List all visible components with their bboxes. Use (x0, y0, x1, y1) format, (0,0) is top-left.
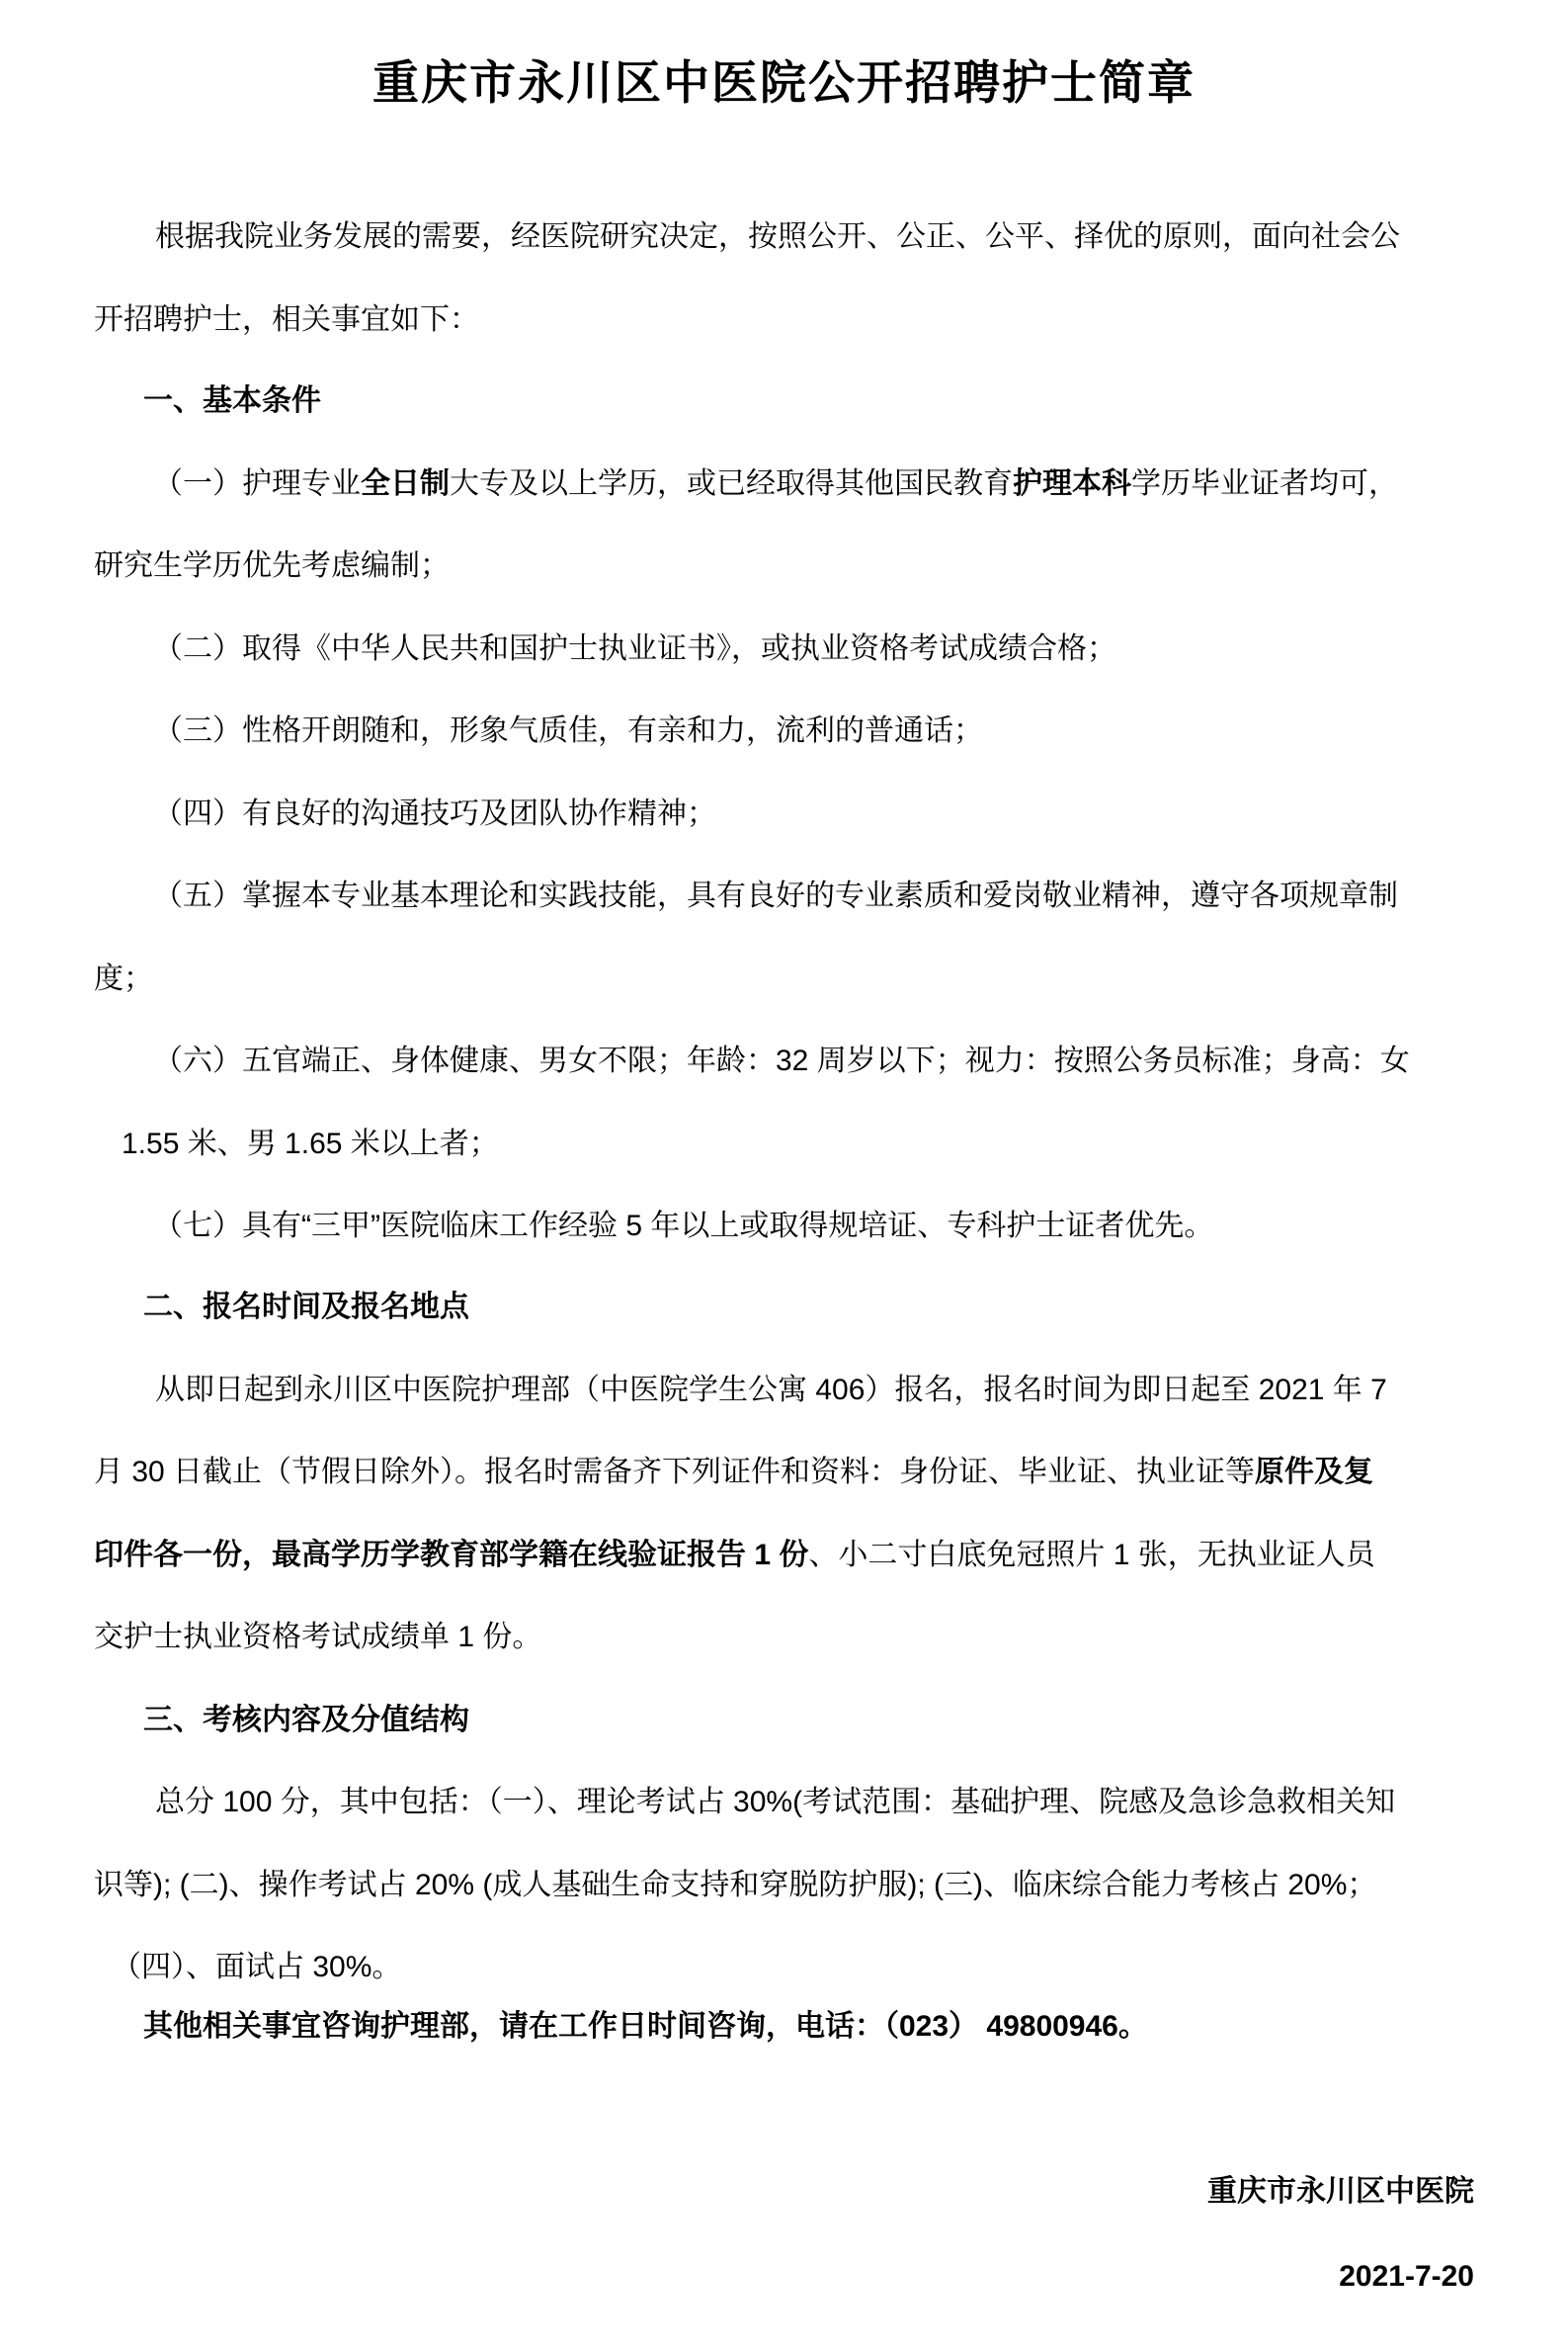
section-2-line-3-text: 、小二寸白底免冠照片 1 张，无执业证人员 (808, 1539, 1374, 1571)
section-2-line-3: 印件各一份，最高学历学教育部学籍在线验证报告 1 份、小二寸白底免冠照片 1 张… (94, 1538, 1474, 1573)
contact-line: 其他相关事宜咨询护理部，请在工作日时间咨询，电话：（023） 49800946。 (94, 2009, 1474, 2045)
item-1-post: 学历毕业证者均可， (1131, 467, 1398, 500)
item-3: （三）性格开朗随和，形象气质佳，有亲和力，流利的普通话； (94, 713, 1474, 749)
item-6-line-1: （六）五官端正、身体健康、男女不限；年龄：32 周岁以下；视力：按照公务员标准；… (94, 1044, 1474, 1079)
item-7: （七）具有“三甲”医院临床工作经验 5 年以上或取得规培证、专科护士证者优先。 (94, 1209, 1474, 1244)
signature-date: 2021-7-20 (94, 2259, 1474, 2295)
item-1-bold-nursing-degree: 护理本科 (1013, 467, 1131, 500)
item-5-line-1: （五）掌握本专业基本理论和实践技能，具有良好的专业素质和爱岗敬业精神，遵守各项规… (94, 879, 1474, 914)
signature-hospital-name: 重庆市永川区中医院 (94, 2174, 1474, 2210)
section-2-line-2: 月 30 日截止（节假日除外）。报名时需备齐下列证件和资料：身份证、毕业证、执业… (94, 1455, 1474, 1490)
section-2-line-4: 交护士执业资格考试成绩单 1 份。 (94, 1620, 1474, 1655)
section-2-heading: 二、报名时间及报名地点 (94, 1290, 1474, 1325)
item-1-mid: 大专及以上学历，或已经取得其他国民教育 (450, 467, 1013, 500)
item-4: （四）有良好的沟通技巧及团队协作精神； (94, 797, 1474, 832)
section-3-line-3: （四）、面试占 30%。 (94, 1950, 1474, 1985)
section-2-line-2-text: 月 30 日截止（节假日除外）。报名时需备齐下列证件和资料：身份证、毕业证、执业… (94, 1456, 1255, 1488)
intro-line-2: 开招聘护士，相关事宜如下： (94, 302, 1474, 338)
section-3-line-2: 识等); (二)、操作考试占 20% (成人基础生命支持和穿脱防护服); (三)… (94, 1868, 1474, 1903)
document-page: 重庆市永川区中医院公开招聘护士简章 根据我院业务发展的需要，经医院研究决定，按照… (0, 0, 1568, 2348)
item-1-line-2: 研究生学历优先考虑编制； (94, 548, 1474, 584)
section-2-line-2-bold-originals: 原件及复 (1255, 1456, 1373, 1488)
intro-line-1: 根据我院业务发展的需要，经医院研究决定，按照公开、公正、公平、择优的原则，面向社… (94, 219, 1474, 255)
item-6-line-2: 1.55 米、男 1.65 米以上者； (94, 1127, 1474, 1162)
section-1-heading: 一、基本条件 (94, 383, 1474, 419)
section-3-line-1: 总分 100 分，其中包括：（一）、理论考试占 30%(考试范围：基础护理、院感… (94, 1785, 1474, 1820)
section-3-heading: 三、考核内容及分值结构 (94, 1703, 1474, 1738)
section-2-line-1: 从即日起到永川区中医院护理部（中医院学生公寓 406）报名，报名时间为即日起至 … (94, 1373, 1474, 1408)
section-2-line-3-bold-copies-report: 印件各一份，最高学历学教育部学籍在线验证报告 1 份 (94, 1539, 808, 1571)
page-title: 重庆市永川区中医院公开招聘护士简章 (94, 57, 1474, 109)
item-1-line-1: （一）护理专业全日制大专及以上学历，或已经取得其他国民教育护理本科学历毕业证者均… (94, 466, 1474, 502)
item-1-bold-fulltime: 全日制 (361, 467, 450, 500)
item-2: （二）取得《中华人民共和国护士执业证书》，或执业资格考试成绩合格； (94, 631, 1474, 667)
item-1-pre: （一）护理专业 (153, 467, 361, 500)
item-5-line-2: 度； (94, 962, 1474, 997)
